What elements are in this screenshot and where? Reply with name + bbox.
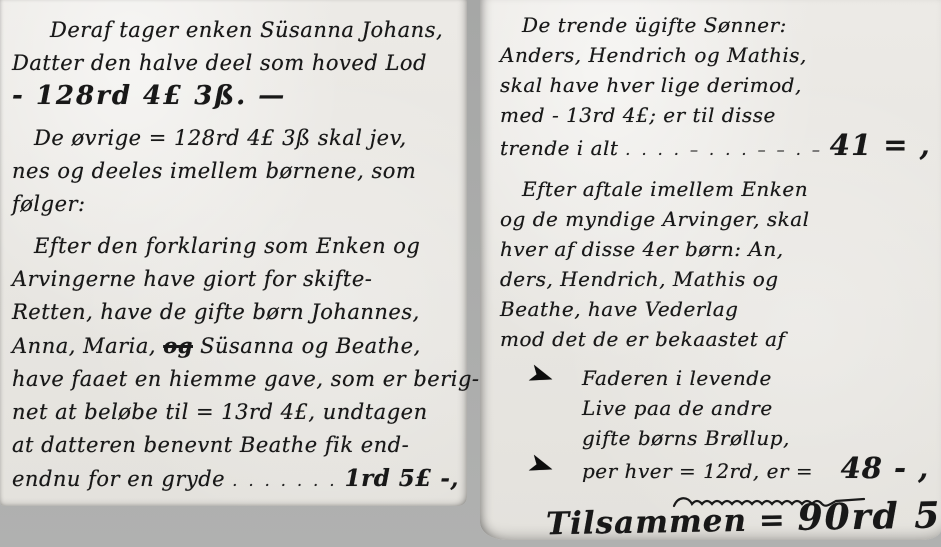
line-fragment: trende i alt bbox=[500, 136, 618, 160]
line-fragment: Anna, Maria, bbox=[12, 334, 163, 358]
left-page-text: Deraf tager enken Süsanna Johans, Datter… bbox=[12, 14, 460, 497]
manuscript-line: Arvingerne have giort for skifte- bbox=[12, 263, 460, 296]
amount-value: 48 - , = , bbox=[841, 451, 941, 485]
manuscript-line: hver af disse 4er børn: An, bbox=[500, 234, 924, 264]
total-line: Tilsammen = 90rd 5£. — bbox=[546, 501, 925, 543]
line-fragment: per hver = 12rd, er = bbox=[582, 459, 813, 483]
manuscript-line: Beathe, have Vederlag bbox=[500, 294, 924, 324]
amount-line: per hver = 12rd, er = 48 - , = , bbox=[582, 453, 924, 486]
right-page: De trende ügifte Sønner: Anders, Hendric… bbox=[480, 0, 941, 540]
insertion-marker-icon: ➤ bbox=[523, 357, 559, 394]
total-amount: 90rd 5£. — bbox=[797, 493, 941, 539]
manuscript-line: have faaet en hiemme gave, som er berig- bbox=[12, 363, 460, 396]
struck-word: og bbox=[163, 333, 193, 358]
manuscript-line: Retten, have de gifte børn Johannes, bbox=[12, 296, 460, 329]
amount-line: trende i alt . . . . – . . . – – . – 41 … bbox=[500, 130, 924, 165]
scanned-document: Deraf tager enken Süsanna Johans, Datter… bbox=[0, 0, 941, 547]
manuscript-line: De øvrige = 128rd 4£ 3ß skal jev, bbox=[12, 122, 460, 155]
amount-value: 41 = , = bbox=[830, 128, 941, 162]
paragraph-agreement: Efter aftale imellem Enken og de myndige… bbox=[500, 174, 924, 354]
manuscript-line: skal have hver lige derimod, bbox=[500, 70, 924, 100]
inset-block: ➤ ➤ Faderen i levende Live paa de andre … bbox=[582, 363, 924, 486]
manuscript-line: Efter aftale imellem Enken bbox=[500, 174, 924, 204]
total-label: Tilsammen = bbox=[546, 502, 798, 542]
manuscript-line: mod det de er bekaastet af bbox=[500, 324, 924, 354]
manuscript-line: at datteren benevnt Beathe fik end- bbox=[12, 429, 460, 462]
paragraph-remainder: De øvrige = 128rd 4£ 3ß skal jev, nes og… bbox=[12, 122, 460, 221]
manuscript-line: og de myndige Arvinger, skal bbox=[500, 204, 924, 234]
manuscript-line-with-strikeout: Anna, Maria, og Süsanna og Beathe, bbox=[12, 329, 460, 363]
dotted-leader: . . . . – . . . – – . – bbox=[625, 140, 823, 159]
manuscript-line: Anders, Hendrich og Mathis, bbox=[500, 40, 924, 70]
manuscript-line: Live paa de andre bbox=[582, 393, 924, 423]
manuscript-line: med - 13rd 4£; er til disse bbox=[500, 100, 924, 130]
right-page-text: De trende ügifte Sønner: Anders, Hendric… bbox=[500, 10, 924, 539]
line-fragment: endnu for en gryde bbox=[12, 467, 225, 491]
amount-line: - 128rd 4£ 3ß. — bbox=[12, 80, 460, 113]
manuscript-line: De trende ügifte Sønner: bbox=[500, 10, 924, 40]
insertion-marker-icon: ➤ bbox=[523, 447, 559, 484]
manuscript-line: Datter den halve deel som hoved Lod bbox=[12, 47, 460, 80]
paragraph-widow-share: Deraf tager enken Süsanna Johans, Datter… bbox=[12, 14, 460, 113]
manuscript-line: følger: bbox=[12, 188, 460, 221]
amount-line: endnu for en gryde . . . . . . . 1rd 5£ … bbox=[12, 462, 460, 497]
manuscript-line: Faderen i levende bbox=[582, 363, 924, 393]
paragraph-married-children: Efter den forklaring som Enken og Arving… bbox=[12, 230, 460, 497]
manuscript-line: net at beløbe til = 13rd 4£, undtagen bbox=[12, 396, 460, 429]
left-page: Deraf tager enken Süsanna Johans, Datter… bbox=[0, 0, 467, 506]
line-fragment: Süsanna og Beathe, bbox=[193, 334, 421, 358]
dotted-leader: . . . . . . . bbox=[232, 471, 337, 490]
amount-value: 1rd 5£ -, bbox=[345, 465, 459, 492]
manuscript-line: Efter den forklaring som Enken og bbox=[12, 230, 460, 263]
paragraph-unmarried-sons: De trende ügifte Sønner: Anders, Hendric… bbox=[500, 10, 924, 165]
manuscript-line: Deraf tager enken Süsanna Johans, bbox=[12, 14, 460, 47]
manuscript-line: gifte børns Brøllup, bbox=[582, 423, 924, 453]
manuscript-line: nes og deeles imellem børnene, som bbox=[12, 155, 460, 188]
manuscript-line: ders, Hendrich, Mathis og bbox=[500, 264, 924, 294]
